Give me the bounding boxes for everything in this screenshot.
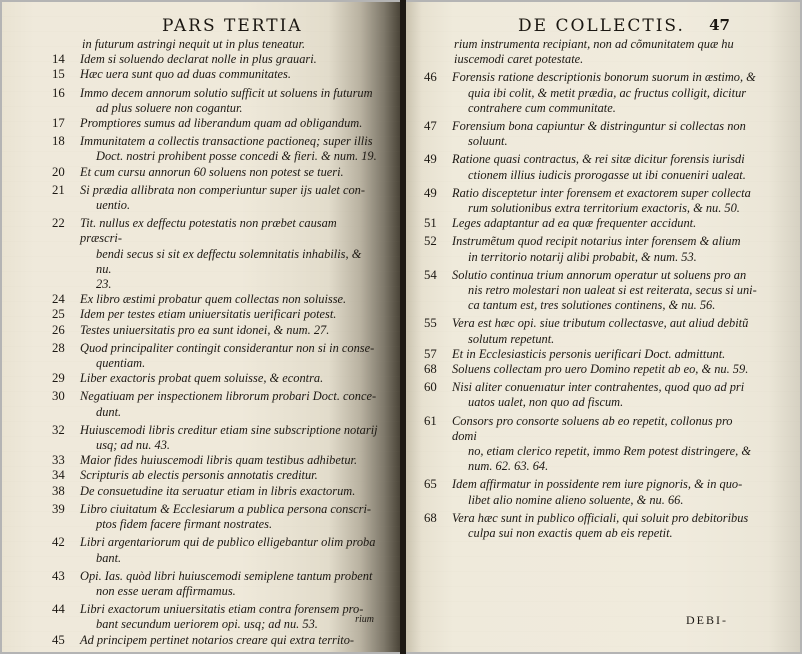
entry-text-line: uatos ualet, non quo ad fiscum. (452, 395, 760, 410)
entry-text-line: Idem per testes etiam uniuersitatis ueri… (80, 307, 378, 322)
entry-number: 57 (424, 347, 437, 362)
carryover-lines: rium instrumenta recipiant, non ad cõmun… (424, 37, 760, 67)
page-number: 47 (709, 16, 730, 34)
entry-number: 43 (52, 569, 65, 584)
entry-number: 49 (424, 152, 437, 167)
entry-text-line: ca tantum est, tres solutiones continens… (452, 298, 760, 313)
running-head: PARS TERTIA (162, 16, 303, 36)
entry-text-line: Forensium bona capiuntur & distringuntur… (452, 119, 760, 134)
summary-entry: 16Immo decem annorum solutio sufficit ut… (52, 86, 378, 116)
entry-text-line: Et cum cursu annorun 60 soluens non pote… (80, 165, 378, 180)
entry-text-line: Instrumẽtum quod recipit notarius inter … (452, 234, 760, 249)
entry-text-line: Vera hæc sunt in publico officiali, qui … (452, 511, 760, 526)
summary-entry: 51Leges adaptantur ad ea quæ frequenter … (424, 216, 760, 231)
entry-number: 49 (424, 186, 437, 201)
entry-number: 65 (424, 477, 437, 492)
entry-number: 51 (424, 216, 437, 231)
entry-text-line: ctionem illius iudicis prorogasse ut ibi… (452, 168, 760, 183)
entry-text-line: soluunt. (452, 134, 760, 149)
entry-number: 25 (52, 307, 65, 322)
summary-entry: 17Promptiores sumus ad liberandum quam a… (52, 116, 378, 131)
carryover-line: rium instrumenta recipiant, non ad cõmun… (454, 37, 734, 51)
entry-text-line: Ex libro æstimi probatur quem collectas … (80, 292, 378, 307)
entry-number: 47 (424, 119, 437, 134)
entry-text-line: quentiam. (80, 356, 378, 371)
entry-text-line: Promptiores sumus ad liberandum quam ad … (80, 116, 378, 131)
entry-text-line: Vera est hæc opi. siue tributum collecta… (452, 316, 760, 331)
entry-text-line: Liber exactoris probat quem soluisse, & … (80, 371, 378, 386)
entry-list: 46Forensis ratione descriptionis bonorum… (424, 70, 760, 541)
entry-text-line: Si prædia allibrata non comperiuntur sup… (80, 183, 378, 198)
summary-entry: 54Solutio continua trium annorum operatu… (424, 268, 760, 314)
entry-number: 15 (52, 67, 65, 82)
entry-text-line: Tit. nullus ex deffectu potestatis non p… (80, 216, 378, 246)
entry-text-line: Negatiuam per inspectionem librorum prob… (80, 389, 378, 404)
entry-number: 28 (52, 341, 65, 356)
entry-text-line: dunt. (80, 405, 378, 420)
summary-text-block: rium instrumenta recipiant, non ad cõmun… (424, 37, 760, 541)
entry-text-line: ad plus soluere non cogantur. (80, 101, 378, 116)
entry-number: 22 (52, 216, 65, 231)
carryover-line: in futurum astringi nequit ut in plus te… (52, 37, 378, 52)
summary-entry: 30Negatiuam per inspectionem librorum pr… (52, 389, 378, 419)
entry-number: 17 (52, 116, 65, 131)
entry-text-line: Nisi aliter conuenıatur inter contrahent… (452, 380, 760, 395)
summary-entry: 15Hæc uera sunt quo ad duas communitates… (52, 67, 378, 82)
entry-number: 46 (424, 70, 437, 85)
summary-entry: 32Huiuscemodi libris creditur etiam sine… (52, 423, 378, 453)
entry-text-line: non esse ueram affirmamus. (80, 584, 378, 599)
summary-entry: 38De consuetudine ita seruatur etiam in … (52, 484, 378, 499)
entry-text-line: Soluens collectam pro uero Domino repeti… (452, 362, 760, 377)
summary-entry: 28Quod principaliter contingit considera… (52, 341, 378, 371)
entry-number: 61 (424, 414, 437, 429)
entry-number: 29 (52, 371, 65, 386)
entry-text-line: in territorio notarij alibi probabit, & … (452, 250, 760, 265)
entry-number: 14 (52, 52, 65, 67)
right-page: DE COLLECTIS. 47 rium instrumenta recipi… (406, 0, 802, 654)
entry-text-line: Ratio disceptetur inter forensem et exac… (452, 186, 760, 201)
running-head: DE COLLECTIS. (518, 16, 685, 36)
summary-entry: 20Et cum cursu annorun 60 soluens non po… (52, 165, 378, 180)
entry-text-line: Ad principem pertinet notarios creare qu… (80, 633, 378, 648)
open-book-scan: PARS TERTIA in futurum astringi nequit u… (0, 0, 802, 654)
catchword: DEBI- (686, 613, 728, 628)
summary-entry: 65Idem affirmatur in possidente rem iure… (424, 477, 760, 507)
summary-entry: 33Maior fides huiuscemodi libris quam te… (52, 453, 378, 468)
entry-text-line: Doct. nostri prohibent posse concedi & f… (80, 149, 378, 164)
entry-text-line: quia ibi colit, & metit prædia, ac fruct… (452, 86, 760, 101)
entry-text-line: bant secundum ueriorem opi. usq; ad nu. … (80, 617, 378, 632)
entry-text-line: Huiuscemodi libris creditur etiam sine s… (80, 423, 378, 438)
entry-number: 52 (424, 234, 437, 249)
entry-text-line: bant. (80, 551, 378, 566)
entry-text-line: ptos fidem facere firmant nostrates. (80, 517, 378, 532)
summary-entry: 26Testes uniuersitatis pro ea sunt idone… (52, 323, 378, 338)
entry-text-line: Consors pro consorte soluens ab eo repet… (452, 414, 760, 444)
entry-text-line: usq; ad nu. 43. (80, 438, 378, 453)
entry-text-line: rum solutionibus extra territorium exact… (452, 201, 760, 216)
summary-entry: 21Si prædia allibrata non comperiuntur s… (52, 183, 378, 213)
entry-number: 55 (424, 316, 437, 331)
entry-number: 26 (52, 323, 65, 338)
summary-entry: 42Libri argentariorum qui de publico ell… (52, 535, 378, 565)
summary-entry: 44Libri exactorum uniuersitatis etiam co… (52, 602, 378, 632)
entry-text-line: Idem si soluendo declarat nolle in plus … (80, 52, 378, 67)
entry-number: 18 (52, 134, 65, 149)
entry-text-line: Solutio continua trium annorum operatur … (452, 268, 760, 283)
summary-entry: 49Ratione quasi contractus, & rei sitæ d… (424, 152, 760, 182)
entry-number: 16 (52, 86, 65, 101)
summary-entry: 68Vera hæc sunt in publico officiali, qu… (424, 511, 760, 541)
catchword: rium (355, 614, 374, 625)
summary-entry: 34Scripturis ab electis personis annotat… (52, 468, 378, 483)
entry-text-line: Hæc uera sunt quo ad duas communitates. (80, 67, 378, 82)
entry-text-line: Libri argentariorum qui de publico ellig… (80, 535, 378, 550)
entry-text-line: Testes uniuersitatis pro ea sunt idonei,… (80, 323, 378, 338)
entry-text-line: Opi. Ias. quòd libri huiuscemodi semiple… (80, 569, 378, 584)
summary-entry: 39Libro ciuitatum & Ecclesiarum a public… (52, 502, 378, 532)
summary-entry: 68Soluens collectam pro uero Domino repe… (424, 362, 760, 377)
entry-text-line: num. 62. 63. 64. (452, 459, 760, 474)
summary-entry: 46Forensis ratione descriptionis bonorum… (424, 70, 760, 116)
entry-text-line: Et in Ecclesiasticis personis uerificari… (452, 347, 760, 362)
entry-text-line: solutum repetunt. (452, 332, 760, 347)
entry-text-line: Quod principaliter contingit considerant… (80, 341, 378, 356)
summary-entry: 60Nisi aliter conuenıatur inter contrahe… (424, 380, 760, 410)
entry-text-line: libet alio nomine alieno soluente, & nu.… (452, 493, 760, 508)
entry-number: 30 (52, 389, 65, 404)
summary-entry: 24Ex libro æstimi probatur quem collecta… (52, 292, 378, 307)
summary-entry: 43Opi. Ias. quòd libri huiuscemodi semip… (52, 569, 378, 599)
carryover-line: iuscemodi caret potestate. (454, 52, 583, 66)
summary-entry: 29Liber exactoris probat quem soluisse, … (52, 371, 378, 386)
summary-entry: 18Immunitatem a collectis transactione p… (52, 134, 378, 164)
entry-number: 24 (52, 292, 65, 307)
summary-entry: 22Tit. nullus ex deffectu potestatis non… (52, 216, 378, 292)
entry-number: 39 (52, 502, 65, 517)
entry-number: 32 (52, 423, 65, 438)
entry-text-line: De consuetudine ita seruatur etiam in li… (80, 484, 378, 499)
entry-text-line: Maior fides huiuscemodi libris quam test… (80, 453, 378, 468)
left-page: PARS TERTIA in futurum astringi nequit u… (0, 0, 400, 654)
entry-text-line: Ratione quasi contractus, & rei sitæ dic… (452, 152, 760, 167)
summary-entry: 55Vera est hæc opi. siue tributum collec… (424, 316, 760, 346)
entry-number: 54 (424, 268, 437, 283)
entry-list: 14Idem si soluendo declarat nolle in plu… (52, 52, 378, 648)
entry-number: 33 (52, 453, 65, 468)
entry-text-line: Scripturis ab electis personis annotatis… (80, 468, 378, 483)
entry-text-line: bendi secus si sit ex deffectu solemnita… (80, 247, 378, 277)
entry-text-line: Immunitatem a collectis transactione pac… (80, 134, 378, 149)
entry-number: 60 (424, 380, 437, 395)
entry-text-line: contrahere cum communitate. (452, 101, 760, 116)
entry-text-line: nis retro molestari non ualeat si est re… (452, 283, 760, 298)
entry-text-line: Idem affirmatur in possidente rem iure p… (452, 477, 760, 492)
entry-number: 68 (424, 511, 437, 526)
entry-text-line: Libro ciuitatum & Ecclesiarum a publica … (80, 502, 378, 517)
entry-text-line: 23. (80, 277, 378, 292)
entry-text-line: Leges adaptantur ad ea quæ frequenter ac… (452, 216, 760, 231)
entry-number: 44 (52, 602, 65, 617)
entry-text-line: Immo decem annorum solutio sufficit ut s… (80, 86, 378, 101)
entry-number: 34 (52, 468, 65, 483)
entry-number: 68 (424, 362, 437, 377)
summary-entry: 52Instrumẽtum quod recipit notarius inte… (424, 234, 760, 264)
summary-entry: 45Ad principem pertinet notarios creare … (52, 633, 378, 648)
summary-entry: 25Idem per testes etiam uniuersitatis ue… (52, 307, 378, 322)
entry-number: 21 (52, 183, 65, 198)
summary-text-block: in futurum astringi nequit ut in plus te… (52, 37, 378, 648)
summary-entry: 14Idem si soluendo declarat nolle in plu… (52, 52, 378, 67)
entry-number: 42 (52, 535, 65, 550)
summary-entry: 57Et in Ecclesiasticis personis uerifica… (424, 347, 760, 362)
summary-entry: 61Consors pro consorte soluens ab eo rep… (424, 414, 760, 475)
entry-number: 20 (52, 165, 65, 180)
entry-number: 38 (52, 484, 65, 499)
entry-text-line: no, etiam clerico repetit, immo Rem pote… (452, 444, 760, 459)
entry-text-line: uentio. (80, 198, 378, 213)
entry-text-line: culpa sui non exactis quem ab eis repeti… (452, 526, 760, 541)
summary-entry: 47Forensium bona capiuntur & distringunt… (424, 119, 760, 149)
summary-entry: 49Ratio disceptetur inter forensem et ex… (424, 186, 760, 216)
entry-text-line: Libri exactorum uniuersitatis etiam cont… (80, 602, 378, 617)
entry-text-line: Forensis ratione descriptionis bonorum s… (452, 70, 760, 85)
entry-number: 45 (52, 633, 65, 648)
